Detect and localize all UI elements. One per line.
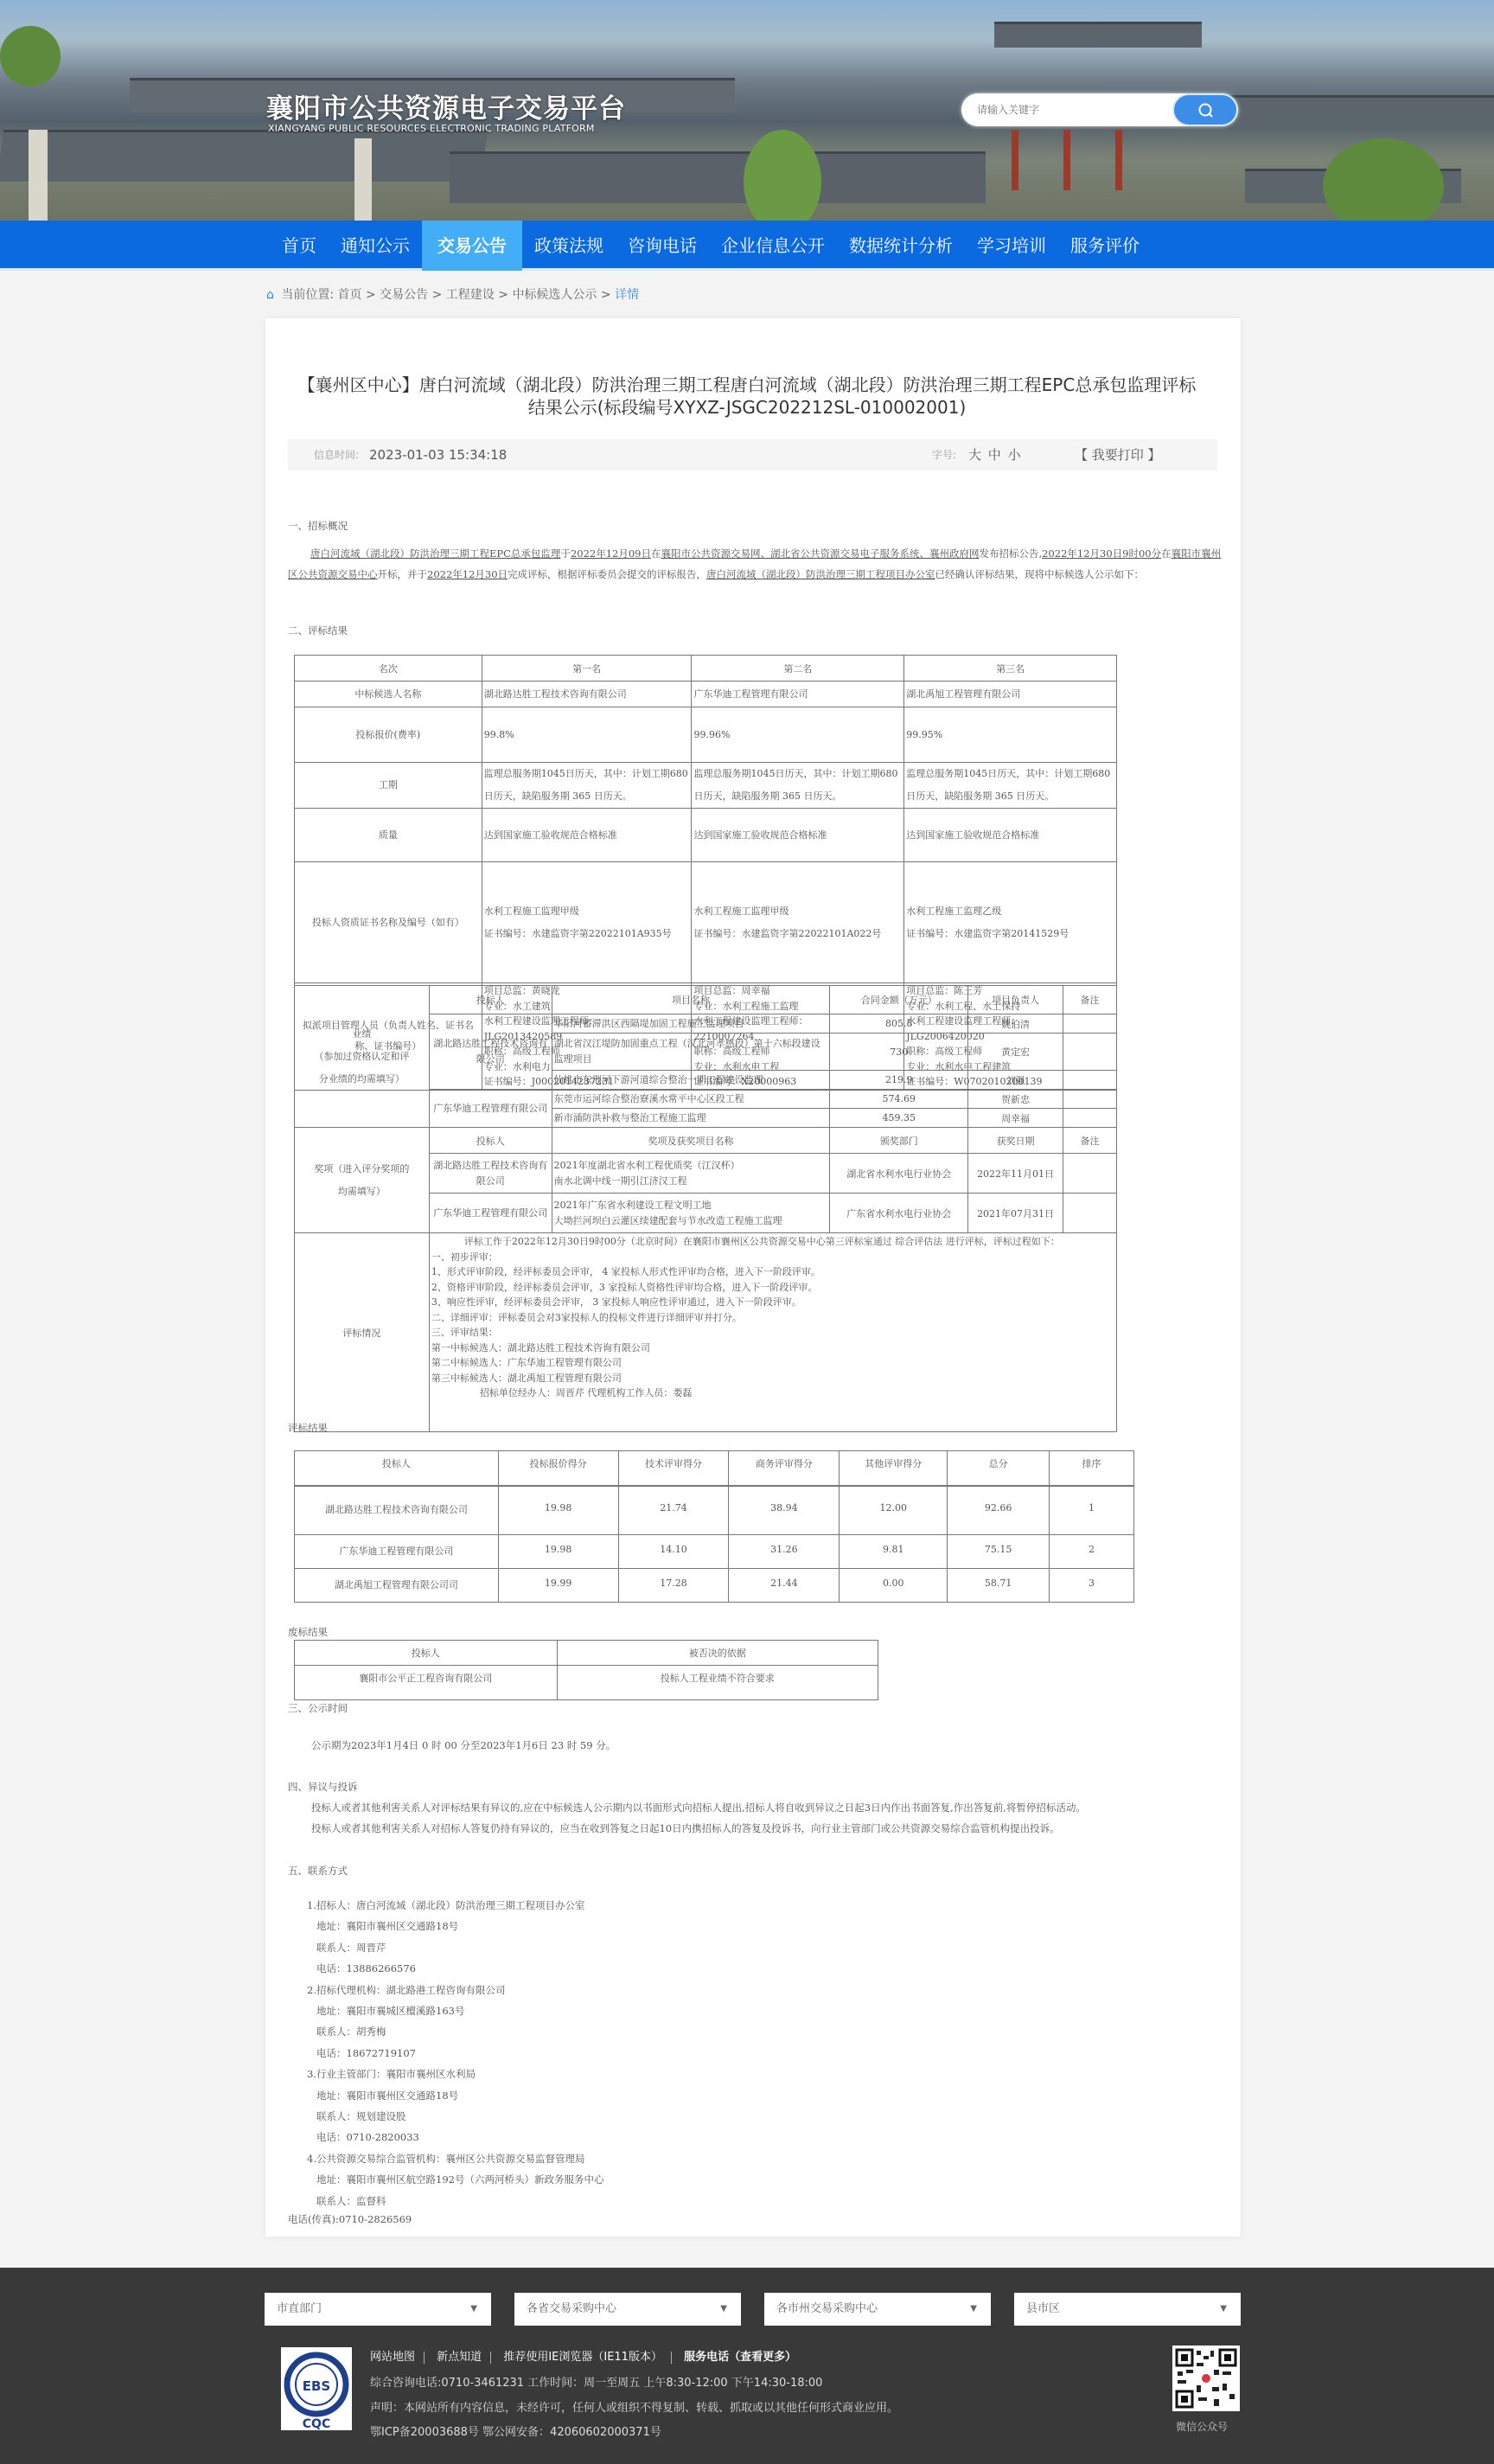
nav-item[interactable]: 服务评价 <box>1058 221 1152 271</box>
breadcrumb-separator: > <box>366 288 380 302</box>
svg-text:EBS: EBS <box>303 2378 330 2394</box>
score-cell: 19.99 <box>498 1569 618 1603</box>
footer-links: 网站地图 新点知道 推荐使用IE浏览器（IE11版本） 服务电话（查看更多） <box>370 2347 796 2364</box>
column-header: 投标人 <box>429 1128 552 1154</box>
column-header: 排序 <box>1050 1451 1134 1486</box>
table-cell: 监理总服务期1045日历天，其中：计划工期680日历天，缺陷服务期 365 日历… <box>482 763 692 809</box>
column-header: 项目负责人 <box>968 986 1063 1014</box>
footer-link-knowledge[interactable]: 新点知道 <box>437 2351 482 2364</box>
project-manager: 黄定宏 <box>968 1034 1063 1071</box>
bidder-name: 广东华迪工程管理有限公司 <box>429 1194 552 1233</box>
font-size-medium[interactable]: 中 <box>988 447 1001 463</box>
nav-item[interactable]: 通知公示 <box>329 221 422 271</box>
contact-line: 地址：襄阳市襄州区交通路18号 <box>307 1916 603 1936</box>
award-date: 2022年11月01日 <box>968 1154 1063 1194</box>
contact-line: 地址：襄阳市襄州区航空路192号（六两河桥头）新政务服务中心 <box>307 2169 603 2190</box>
publicity-period: 公示期为2023年1月4日 0 时 00 分至2023年1月6日 23 时 59… <box>311 1736 616 1755</box>
award-date: 2021年07月31日 <box>968 1194 1063 1233</box>
award-issuer: 湖北省水利水电行业协会 <box>830 1154 968 1194</box>
contact-line: 4.公共资源交易综合监管机构：襄州区公共资源交易监督管理局 <box>307 2148 603 2169</box>
contact-line: 1.招标人：唐白河流域（湖北段）防洪治理三期工程项目办公室 <box>307 1895 603 1916</box>
search-icon <box>1197 102 1215 119</box>
table-cell: 达到国家施工验收规范合格标准 <box>482 809 692 862</box>
column-header: 第三名 <box>904 656 1117 682</box>
select-city-departments[interactable]: 市直部门▼ <box>265 2293 491 2326</box>
footer-icp[interactable]: 鄂ICP备20003688号 鄂公网安备：42060602000371号 <box>370 2422 661 2439</box>
contact-line: 电话：0710-2820033 <box>307 2127 603 2147</box>
row-label: 工期 <box>295 763 482 809</box>
column-header: 奖项及获奖项目名称 <box>552 1128 830 1154</box>
column-header: 获奖日期 <box>968 1128 1063 1154</box>
project-name: 仙桃市东荆河下游河道综合整治一期工程建设监理 <box>552 1071 830 1090</box>
column-header: 被否决的依据 <box>557 1641 878 1666</box>
note <box>1063 1154 1117 1194</box>
contract-amount: 459.35 <box>830 1109 968 1128</box>
table-header-row: 名次第一名第二名第三名 <box>295 656 1117 682</box>
contact-line: 联系人：周晋芹 <box>307 1937 603 1958</box>
breadcrumb-separator: > <box>498 288 512 302</box>
reject-table: 投标人被否决的依据襄阳市公平正工程咨询有限公司投标人工程业绩不符合要求 <box>294 1640 878 1700</box>
reject-heading: 废标结果 <box>288 1622 328 1642</box>
breadcrumb-label: 当前位置: <box>281 288 334 302</box>
column-header: 技术评审得分 <box>618 1451 729 1486</box>
score-cell: 31.26 <box>729 1535 840 1569</box>
footer-link-sitemap[interactable]: 网站地图 <box>370 2351 415 2364</box>
score-cell: 广东华迪工程管理有限公司 <box>295 1535 499 1569</box>
score-row: 湖北路达胜工程技术咨询有限公司19.9821.7438.9412.0092.66… <box>295 1486 1134 1535</box>
performance-label: 业绩（参加过资格认定和评分业绩的均需填写） <box>295 986 430 1128</box>
reject-cell: 襄阳市公平正工程咨询有限公司 <box>295 1666 558 1700</box>
column-header: 备注 <box>1063 986 1117 1014</box>
objection-line-2: 投标人或者其他利害关系人对招标人答复仍持有异议的，应当在收到答复之日起10日内携… <box>311 1819 1060 1838</box>
contact-list: 1.招标人：唐白河流域（湖北段）防洪治理三期工程项目办公室地址：襄阳市襄州区交通… <box>307 1895 603 2211</box>
project-manager: 周幸福 <box>968 1109 1063 1128</box>
table-row: 投标人资质证书名称及编号（如有）水利工程施工监理甲级证书编号：水建监资字第220… <box>295 862 1117 983</box>
row-label: 质量 <box>295 809 482 862</box>
footer <box>0 2268 1494 2464</box>
column-header: 第二名 <box>692 656 904 682</box>
score-cell: 17.28 <box>618 1569 729 1603</box>
breadcrumb-link[interactable]: 交易公告 <box>380 288 431 302</box>
column-header: 名次 <box>295 656 482 682</box>
column-header: 投标人 <box>295 1641 558 1666</box>
contact-line: 3.行业主管部门：襄阳市襄州区水利局 <box>307 2064 603 2084</box>
select-counties[interactable]: 县市区▼ <box>1014 2293 1241 2326</box>
table-cell: 水利工程施工监理乙级证书编号：水建监资字第20141529号 <box>904 862 1117 983</box>
score-cell: 75.15 <box>948 1535 1050 1569</box>
column-header: 第一名 <box>482 656 692 682</box>
row-label: 投标人资质证书名称及编号（如有） <box>295 862 482 983</box>
note <box>1063 1090 1117 1109</box>
column-header: 投标人 <box>295 1451 499 1486</box>
home-icon: ⌂ <box>266 288 274 302</box>
evaluation-content: 评标工作于2022年12月30日9时00分（北京时间）在襄阳市襄州区公共资源交易… <box>429 1233 1116 1432</box>
title-line-2: 结果公示(标段编号XYXZ-JSGC202212SL-010002001) <box>273 396 1221 419</box>
score-cell: 湖北路达胜工程技术咨询有限公司 <box>295 1486 499 1535</box>
project-name: 新市涌防洪补救与整治工程施工监理 <box>552 1109 830 1128</box>
font-size-label: 字号: <box>932 439 956 470</box>
column-header: 颁奖部门 <box>830 1128 968 1154</box>
breadcrumb-current: 详情 <box>615 288 639 302</box>
table-cell: 达到国家施工验收规范合格标准 <box>904 809 1117 862</box>
score-cell: 19.98 <box>498 1486 618 1535</box>
site-logo-title[interactable]: 襄阳市公共资源电子交易平台 <box>266 86 626 125</box>
nav-item[interactable]: 首页 <box>270 221 329 271</box>
column-header: 总分 <box>948 1451 1050 1486</box>
contact-line: 2.招标代理机构：湖北路港工程咨询有限公司 <box>307 1980 603 2000</box>
wechat-qr-code <box>1172 2346 1240 2411</box>
performance-header-row: 业绩（参加过资格认定和评分业绩的均需填写）投标人项目名称合同金额（万元）项目负责… <box>295 986 1117 1014</box>
section1-heading: 一、招标概况 <box>288 516 348 535</box>
award-issuer: 广东省水利水电行业协会 <box>830 1194 968 1233</box>
svg-text:CQC: CQC <box>303 2417 330 2430</box>
table-header-row: 投标人被否决的依据 <box>295 1641 878 1666</box>
project-name: 湖北省汉江堤防加固重点工程（汉北河孝感段）第十六标段建设监理项目 <box>552 1034 830 1071</box>
table-header-row: 投标人投标报价得分技术评审得分商务评审得分其他评审得分总分排序 <box>295 1451 1134 1486</box>
breadcrumb: ⌂ 当前位置: 首页 > 交易公告 > 工程建设 > 中标候选人公示 > 详情 <box>266 285 639 303</box>
nav-item[interactable]: 企业信息公开 <box>709 221 837 271</box>
table-cell: 湖北路达胜工程技术咨询有限公司 <box>482 682 692 707</box>
site-logo-subtitle: XIANGYANG PUBLIC RESOURCES ELECTRONIC TR… <box>268 123 595 134</box>
contact-line: 电话：13886266576 <box>307 1958 603 1979</box>
contract-amount: 574.69 <box>830 1090 968 1109</box>
score-cell: 58.71 <box>948 1569 1050 1603</box>
bidder-name: 广东华迪工程管理有限公司 <box>429 1090 552 1128</box>
reject-cell: 投标人工程业绩不符合要求 <box>557 1666 878 1700</box>
table-cell: 监理总服务期1045日历天，其中：计划工期680日历天，缺陷服务期 365 日历… <box>904 763 1117 809</box>
project-name: 华阳河蓄滞洪区西隔堤加固工程施工监理项目 <box>552 1014 830 1034</box>
table-cell: 监理总服务期1045日历天，其中：计划工期680日历天，缺陷服务期 365 日历… <box>692 763 904 809</box>
section1-paragraph: 唐白河流域（湖北段）防洪治理三期工程EPC总承包监理于2022年12月09日在襄… <box>288 543 1222 585</box>
column-header: 投标人 <box>429 986 552 1014</box>
breadcrumb-separator: > <box>601 288 615 302</box>
font-size-options: 大 中 小 <box>968 439 1021 470</box>
main-nav: 首页通知公示交易公告政策法规咨询电话企业信息公开数据统计分析学习培训服务评价 <box>0 221 1494 271</box>
select-provincial-centers[interactable]: 各省交易采购中心▼ <box>514 2293 741 2326</box>
score-cell: 38.94 <box>729 1486 840 1535</box>
footer-link-browser[interactable]: 推荐使用IE浏览器（IE11版本） <box>503 2351 662 2364</box>
search-button[interactable] <box>1172 93 1238 126</box>
reject-row: 襄阳市公平正工程咨询有限公司投标人工程业绩不符合要求 <box>295 1666 878 1700</box>
breadcrumb-separator: > <box>432 288 446 302</box>
table-row: 投标报价(费率)99.8%99.96%99.95% <box>295 707 1117 763</box>
column-header: 商务评审得分 <box>729 1451 840 1486</box>
print-button[interactable]: 【 我要打印 】 <box>1075 439 1161 470</box>
dropdown-arrow-icon: ▼ <box>1220 2293 1227 2326</box>
score-cell: 湖北禹旭工程管理有限公司司 <box>295 1569 499 1603</box>
section2-heading: 二、评标结果 <box>288 621 348 640</box>
contract-amount: 730 <box>830 1034 968 1071</box>
table-row: 中标候选人名称湖北路达胜工程技术咨询有限公司广东华迪工程管理有限公司湖北禹旭工程… <box>295 682 1117 707</box>
dropdown-arrow-icon: ▼ <box>470 2293 477 2326</box>
table-row: 质量达到国家施工验收规范合格标准达到国家施工验收规范合格标准达到国家施工验收规范… <box>295 809 1117 862</box>
bidder-name: 湖北路达胜工程技术咨询有限公司 <box>429 1014 552 1090</box>
table-cell: 水利工程施工监理甲级证书编号：水建监资字第22022101A022号 <box>692 862 904 983</box>
table-cell: 99.8% <box>482 707 692 763</box>
dropdown-arrow-icon: ▼ <box>970 2293 977 2326</box>
score-table: 投标人投标报价得分技术评审得分商务评审得分其他评审得分总分排序湖北路达胜工程技术… <box>294 1450 1134 1603</box>
bidder-name: 湖北路达胜工程技术咨询有限公司 <box>429 1154 552 1194</box>
objection-line-1: 投标人或者其他利害关系人对评标结果有异议的,应在中标候选人公示期内以书面形式向招… <box>311 1798 1086 1817</box>
table-cell: 广东华迪工程管理有限公司 <box>692 682 904 707</box>
evaluation-label: 评标情况 <box>295 1233 430 1432</box>
ebs-cqc-logo: EBS CQC <box>281 2347 352 2430</box>
section3-heading: 三、公示时间 <box>288 1699 348 1718</box>
contact-line: 联系人：规划建设股 <box>307 2106 603 2127</box>
note <box>1063 1071 1117 1090</box>
score-cell: 14.10 <box>618 1535 729 1569</box>
score-cell: 19.98 <box>498 1535 618 1569</box>
column-header: 投标报价得分 <box>498 1451 618 1486</box>
article-info-bar: 信息时间: 2023-01-03 15:34:18 字号: 大 中 小 【 我要… <box>288 439 1217 470</box>
info-time: 2023-01-03 15:34:18 <box>369 439 507 470</box>
score-row: 湖北禹旭工程管理有限公司司19.9917.2821.440.0058.713 <box>295 1569 1134 1603</box>
note <box>1063 1109 1117 1128</box>
note <box>1063 1194 1117 1233</box>
contract-amount: 219.9 <box>830 1071 968 1090</box>
nav-item[interactable]: 学习培训 <box>965 221 1058 271</box>
qr-label: 微信公众号 <box>1176 2419 1228 2434</box>
score-cell: 2 <box>1050 1535 1134 1569</box>
score-cell: 92.66 <box>948 1486 1050 1535</box>
font-size-large[interactable]: 大 <box>968 447 981 463</box>
nav-item[interactable]: 交易公告 <box>422 221 522 271</box>
title-line-1: 【襄州区中心】唐白河流域（湖北段）防洪治理三期工程唐白河流域（湖北段）防洪治理三… <box>273 374 1221 396</box>
column-header: 项目名称 <box>552 986 830 1014</box>
project-name: 东莞市运河综合整治寮溪水常平中心区段工程 <box>552 1090 830 1109</box>
section5-heading: 五、联系方式 <box>288 1861 348 1880</box>
header-banner <box>0 0 1494 221</box>
section4-heading: 四、异议与投诉 <box>288 1777 358 1796</box>
footer-contact: 综合咨询电话:0710-3461231 工作时间：周一至周五 上午8:30-12… <box>370 2373 822 2390</box>
score-row: 广东华迪工程管理有限公司19.9814.1031.269.8175.152 <box>295 1535 1134 1569</box>
column-header: 其他评审得分 <box>840 1451 948 1486</box>
score-cell: 9.81 <box>840 1535 948 1569</box>
table-cell: 99.95% <box>904 707 1117 763</box>
contract-amount: 805.8 <box>830 1014 968 1034</box>
table-row: 工期监理总服务期1045日历天，其中：计划工期680日历天，缺陷服务期 365 … <box>295 763 1117 809</box>
table-cell: 99.96% <box>692 707 904 763</box>
score-cell: 12.00 <box>840 1486 948 1535</box>
info-time-label: 信息时间: <box>314 439 359 470</box>
contact-line: 电话：18672719107 <box>307 2043 603 2064</box>
award-name: 2021年度湖北省水利工程优质奖（江汉杯）南水北调中线一期引江济汉工程 <box>552 1154 830 1194</box>
search-box <box>961 93 1238 126</box>
score-cell: 0.00 <box>840 1569 948 1603</box>
footer-statement: 声明：本网站所有内容信息，未经许可，任何人或组织不得复制、转载、抓取或以其他任何… <box>370 2398 898 2415</box>
nav-item[interactable]: 政策法规 <box>522 221 616 271</box>
project-manager: 刘强 <box>968 1071 1063 1090</box>
note <box>1063 1014 1117 1034</box>
score-cell: 21.74 <box>618 1486 729 1535</box>
awards-label: 奖项（进入评分奖项的均需填写） <box>295 1128 430 1233</box>
select-city-centers[interactable]: 各市州交易采购中心▼ <box>764 2293 991 2326</box>
table-cell: 水利工程施工监理甲级证书编号：水建监资字第22022101A935号 <box>482 862 692 983</box>
nav-item[interactable]: 咨询电话 <box>616 221 709 271</box>
evaluation-row: 评标情况评标工作于2022年12月30日9时00分（北京时间）在襄阳市襄州区公共… <box>295 1233 1117 1432</box>
font-size-small[interactable]: 小 <box>1008 447 1021 463</box>
award-name: 2021年广东省水利建设工程文明工地大坳拦河坝白云灌区续建配套与节水改造工程施工… <box>552 1194 830 1233</box>
breadcrumb-link[interactable]: 中标候选人公示 <box>512 288 600 302</box>
article-title: 【襄州区中心】唐白河流域（湖北段）防洪治理三期工程唐白河流域（湖北段）防洪治理三… <box>273 374 1221 419</box>
stone-pillar <box>29 130 48 221</box>
score-cell: 1 <box>1050 1486 1134 1535</box>
stone-pillar <box>354 138 372 221</box>
awards-header-row: 奖项（进入评分奖项的均需填写）投标人奖项及获奖项目名称颁奖部门获奖日期备注 <box>295 1128 1117 1154</box>
table-cell: 湖北禹旭工程管理有限公司 <box>904 682 1117 707</box>
score-heading: 评标结果 <box>288 1418 328 1437</box>
project-manager: 姚伯清 <box>968 1014 1063 1034</box>
contact-line: 联系人：监督科 <box>307 2191 603 2211</box>
footer-link-service-phone[interactable]: 服务电话（查看更多） <box>684 2351 796 2364</box>
performance-table: 业绩（参加过资格认定和评分业绩的均需填写）投标人项目名称合同金额（万元）项目负责… <box>294 985 1117 1432</box>
column-header: 备注 <box>1063 1128 1117 1154</box>
dropdown-arrow-icon: ▼ <box>720 2293 727 2326</box>
score-cell: 21.44 <box>729 1569 840 1603</box>
project-manager: 贺新忠 <box>968 1090 1063 1109</box>
breadcrumb-link[interactable]: 工程建设 <box>446 288 498 302</box>
contact-line: 地址：襄阳市襄城区檀溪路163号 <box>307 2000 603 2021</box>
nav-item[interactable]: 数据统计分析 <box>837 221 965 271</box>
row-label: 投标报价(费率) <box>295 707 482 763</box>
contact-line: 联系人：胡秀梅 <box>307 2021 603 2042</box>
breadcrumb-link[interactable]: 首页 <box>338 288 366 302</box>
score-cell: 3 <box>1050 1569 1134 1603</box>
search-input[interactable] <box>977 93 1150 126</box>
fax-line: 电话(传真):0710-2826569 <box>288 2210 412 2229</box>
column-header: 合同金额（万元） <box>830 986 968 1014</box>
table-cell: 达到国家施工验收规范合格标准 <box>692 809 904 862</box>
row-label: 中标候选人名称 <box>295 682 482 707</box>
contact-line: 地址：襄阳市襄州区交通路18号 <box>307 2085 603 2106</box>
note <box>1063 1034 1117 1071</box>
